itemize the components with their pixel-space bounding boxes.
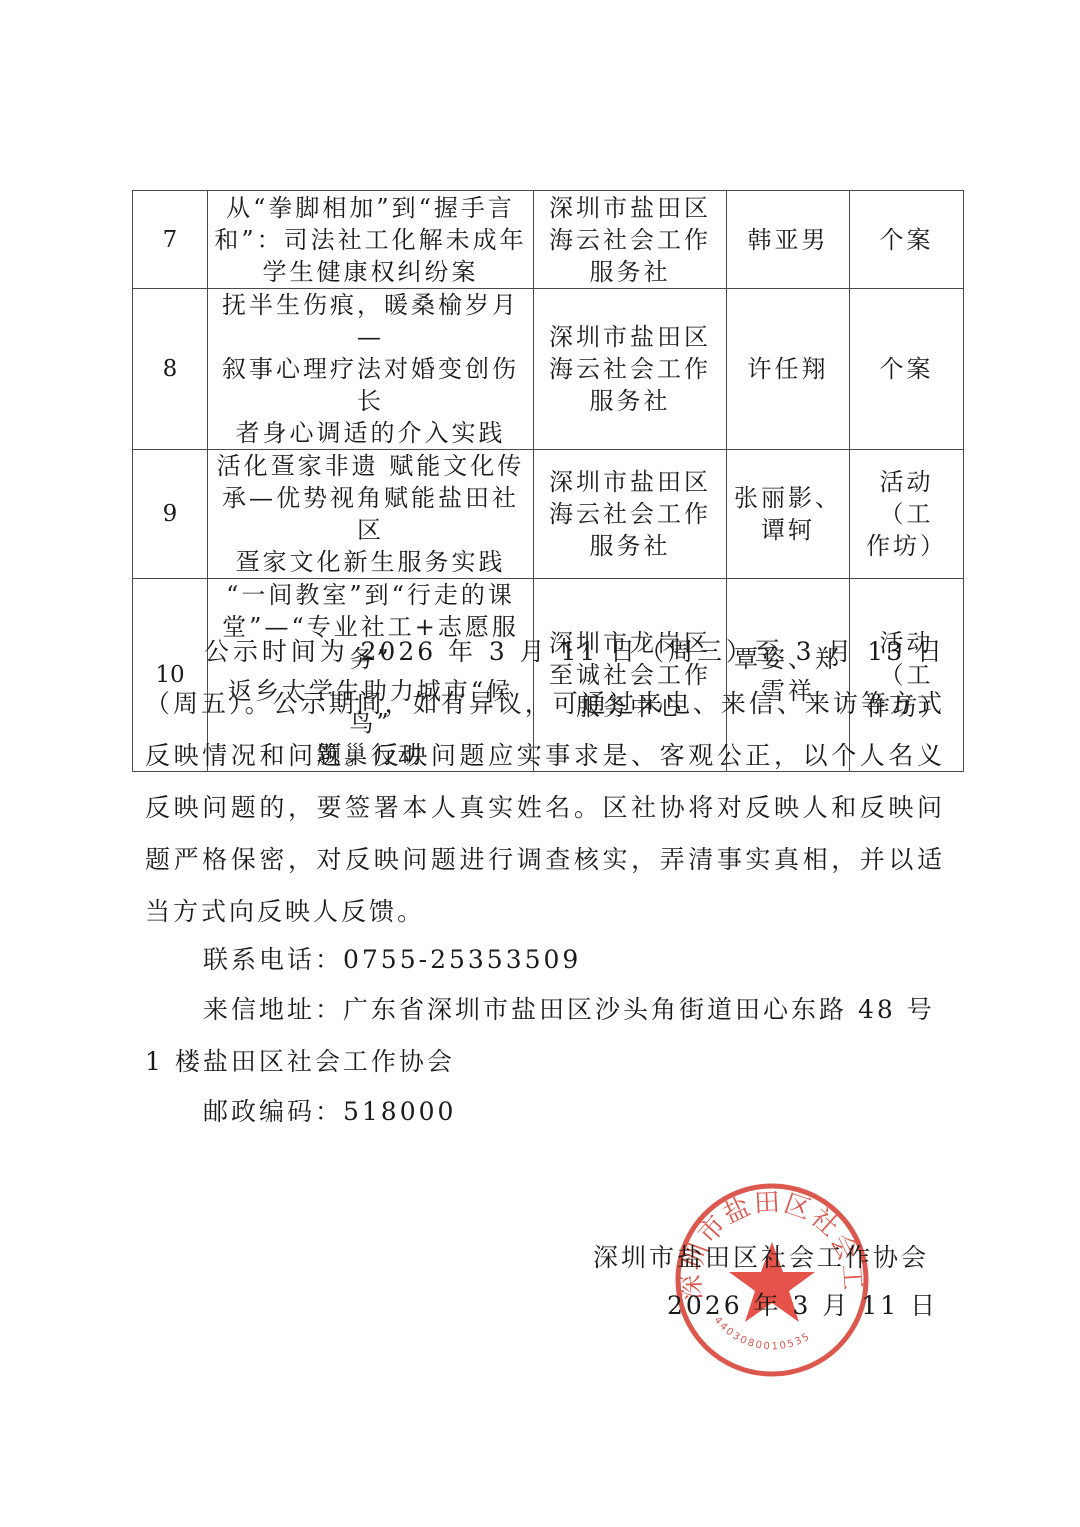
case-type: 个案	[850, 191, 964, 289]
organization: 深圳市盐田区 海云社会工作 服务社	[534, 191, 727, 289]
table-row: 9 活化疍家非遗 赋能文化传 承—优势视角赋能盐田社区 疍家文化新生服务实践 深…	[133, 450, 964, 579]
mailing-address-line2: 1 楼盐田区社会工作协会	[145, 1042, 455, 1078]
signature-date: 2026 年 3 月 11 日	[667, 1286, 938, 1322]
project-title: 活化疍家非遗 赋能文化传 承—优势视角赋能盐田社区 疍家文化新生服务实践	[208, 450, 534, 579]
contact-phone: 联系电话：0755-25353509	[203, 940, 581, 976]
postal-code: 邮政编码：518000	[203, 1092, 456, 1128]
table-row: 8 抚半生伤痕，暖桑榆岁月— 叙事心理疗法对婚变创伤长 者身心调适的介入实践 深…	[133, 289, 964, 450]
case-type: 活动（工 作坊）	[850, 450, 964, 579]
official-seal-icon: 深圳市盐田区社会工作协会 4403080010535	[672, 1180, 872, 1380]
document-page: 7 从“拳脚相加”到“握手言 和”：司法社工化解未成年 学生健康权纠纷案 深圳市…	[0, 0, 1080, 1527]
signature-organization: 深圳市盐田区社会工作协会	[593, 1238, 929, 1274]
project-title: 从“拳脚相加”到“握手言 和”：司法社工化解未成年 学生健康权纠纷案	[208, 191, 534, 289]
row-number: 7	[133, 191, 208, 289]
organization: 深圳市盐田区 海云社会工作 服务社	[534, 450, 727, 579]
notice-paragraph: 公示时间为 2026 年 3 月 11 日（周三）至 3 月 13 日（周五）。…	[145, 626, 945, 938]
case-type: 个案	[850, 289, 964, 450]
row-number: 8	[133, 289, 208, 450]
organization: 深圳市盐田区 海云社会工作 服务社	[534, 289, 727, 450]
author: 许任翔	[727, 289, 850, 450]
row-number: 9	[133, 450, 208, 579]
mailing-address-line1: 来信地址：广东省深圳市盐田区沙头角街道田心东路 48 号	[203, 990, 935, 1026]
table-row: 7 从“拳脚相加”到“握手言 和”：司法社工化解未成年 学生健康权纠纷案 深圳市…	[133, 191, 964, 289]
project-title: 抚半生伤痕，暖桑榆岁月— 叙事心理疗法对婚变创伤长 者身心调适的介入实践	[208, 289, 534, 450]
author: 张丽影、 谭轲	[727, 450, 850, 579]
author: 韩亚男	[727, 191, 850, 289]
